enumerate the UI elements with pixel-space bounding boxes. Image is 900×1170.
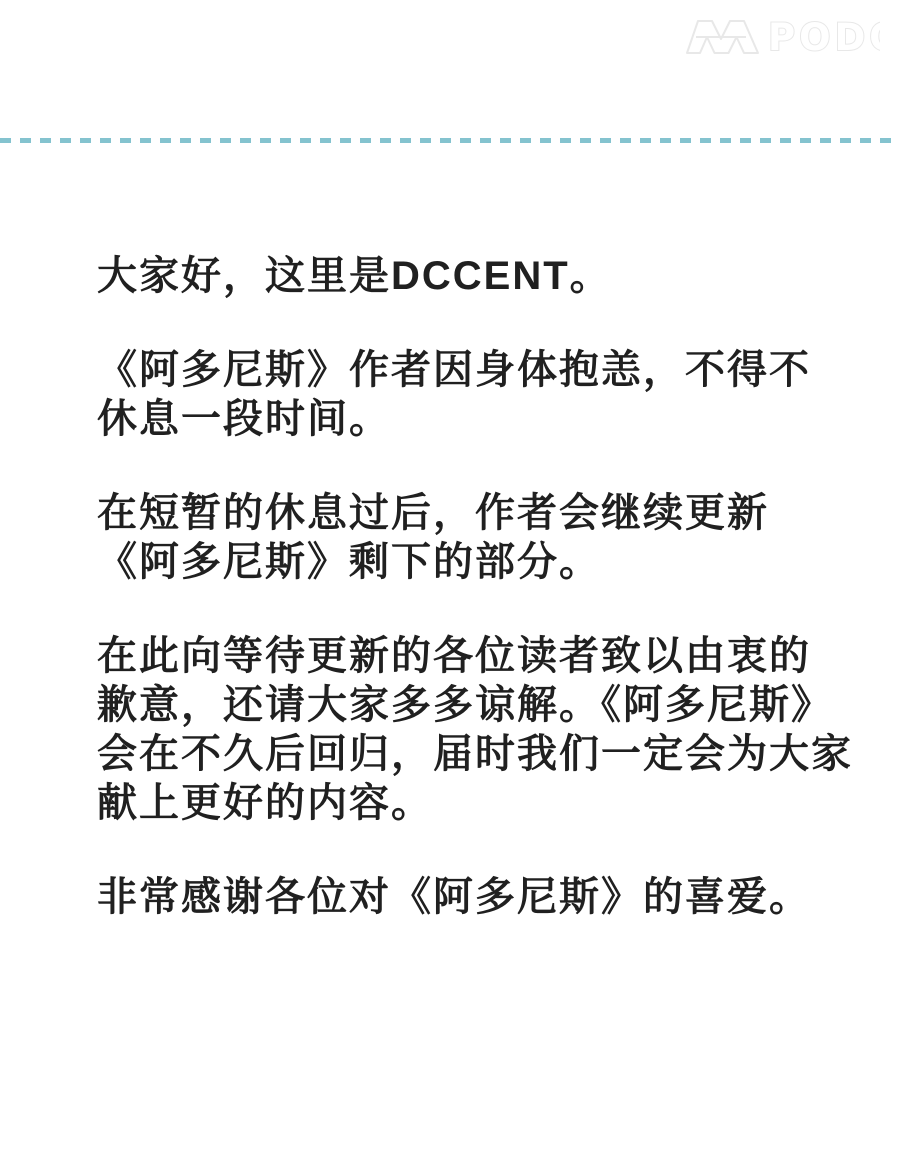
notice-paragraph: 大家好，这里是DCCENT。: [97, 252, 857, 301]
podo-logo-mark-icon: [687, 21, 758, 53]
notice-paragraph: 《阿多尼斯》作者因身体抱恙，不得不 休息一段时间。: [97, 346, 857, 444]
podo-logo: PODO: [684, 16, 880, 58]
dashed-divider: [0, 138, 900, 143]
notice-paragraph: 非常感谢各位对《阿多尼斯》的喜爱。: [97, 873, 857, 922]
notice-page: PODO 大家好，这里是DCCENT。 《阿多尼斯》作者因身体抱恙，不得不 休息…: [0, 0, 900, 1170]
podo-logo-text: PODO: [768, 16, 880, 58]
notice-paragraph: 在短暂的休息过后，作者会继续更新 《阿多尼斯》剩下的部分。: [97, 489, 857, 587]
notice-body: 大家好，这里是DCCENT。 《阿多尼斯》作者因身体抱恙，不得不 休息一段时间。…: [97, 252, 857, 967]
notice-paragraph: 在此向等待更新的各位读者致以由衷的 歉意，还请大家多多谅解。《阿多尼斯》 会在不…: [97, 632, 857, 828]
